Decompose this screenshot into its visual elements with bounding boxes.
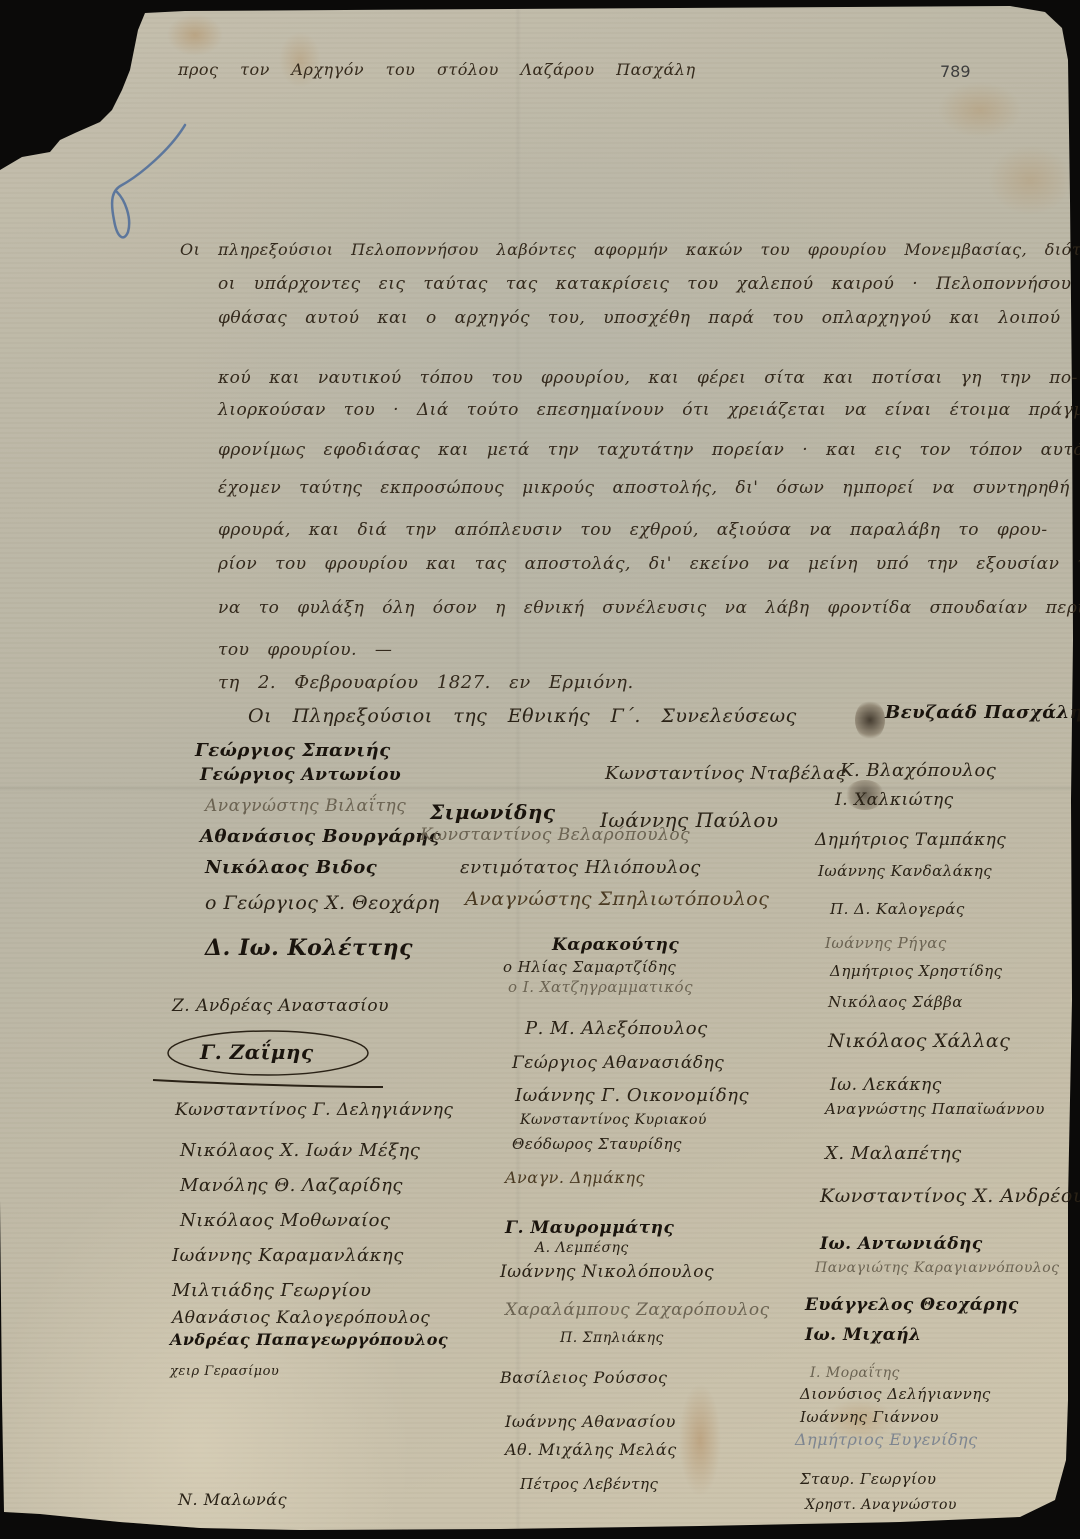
signature: Ανδρέας Παπαγεωργόπουλος [170,1330,448,1349]
signature-bottom-left: Ν. Μαλωνάς [178,1490,287,1509]
page-number: 789 [940,62,971,81]
signature: Γεώργιος Αθανασιάδης [512,1053,724,1073]
signature: Κ. Βλαχόπουλος [840,760,996,781]
signatories-heading: Οι Πληρεξούσιοι της Εθνικής Γ΄. Συνελεύσ… [248,705,797,727]
signature: Κωνσταντίνος Γ. Δεληγιάννης [175,1100,453,1120]
signature: Ιω. Αντωνιάδης [820,1234,983,1254]
body-line-10: να το φυλάξη όλη όσον η εθνική συνέλευσι… [218,598,1080,618]
signature: Θεόδωρος Σταυρίδης [512,1135,682,1153]
signature: Ρ. Μ. Αλεξόπουλος [525,1018,708,1039]
signature: Π. Σπηλιάκης [560,1330,664,1346]
body-line-5: λιορκούσαν του · Διά τούτο επεσημαίνουν … [218,400,1080,420]
signature: Μανόλης Θ. Λαζαρίδης [180,1175,403,1196]
letter-heading: προς τον Αρχηγόν του στόλου Λαζάρου Πασχ… [178,60,696,79]
signature: Νικόλαος Σάββα [828,993,963,1011]
signature: Αναγνώστης Σπηλιωτόπουλος [465,888,769,910]
ink-blot [855,700,885,740]
signature: ο Ηλίας Σαμαρτζίδης [503,958,676,976]
signature: Χαραλάμπους Ζαχαρόπουλος [505,1300,770,1320]
date-line: τη 2. Φεβρουαρίου 1827. εν Ερμιόνη. [218,672,634,693]
signature: Χρηστ. Αναγνώστου [805,1497,957,1513]
signature: Ιωάννης Παύλου [600,808,779,832]
signature: Ιωάννης Κανδαλάκης [818,862,992,880]
signature: ο Ι. Χατζηγραμματικός [508,978,693,996]
signature: Βασίλειος Ρούσσος [500,1368,668,1387]
body-line-6: φρονίμως εφοδιάσας και μετά την ταχυτάτη… [218,440,1080,460]
signature: Παναγιώτης Καραγιαννόπουλος [815,1260,1059,1276]
signature-top-right: Βευζαάδ Πασχάλης [885,702,1080,723]
signature: Ιωάννης Καραμανλάκης [172,1245,404,1266]
body-line-7: έχομεν ταύτης εκπροσώπους μικρούς αποστο… [218,478,1080,498]
signature: Νικόλαος Χάλλας [828,1030,1010,1052]
signature: Ευάγγελος Θεοχάρης [805,1295,1019,1315]
signature: Αναγνώστης Βιλαΐτης [205,796,406,816]
signature: Γ. Μαυρομμάτης [505,1218,674,1238]
signature: εντιμότατος Ηλιόπουλος [460,857,701,878]
blue-pencil-mark-icon [100,120,190,250]
signature: Αθανάσιος Βουργάρης [200,826,440,847]
signature: Καρακούτης [552,935,679,955]
signature: Δημήτριος Χρηστίδης [830,962,1003,980]
signature: Ιωάννης Ρήγας [825,934,947,952]
signature: Κωνσταντίνος Χ. Ανδρέου [820,1185,1080,1207]
signature: Δημήτριος Ευγενίδης [795,1430,978,1449]
signature: Γ. Ζαΐμης [200,1040,314,1064]
signature: χειρ Γερασίμου [170,1364,279,1379]
signature: Κωνσταντίνος Νταβέλας [605,763,846,784]
body-line-1: Οι πληρεξούσιοι Πελοποννήσου λαβόντες αφ… [180,240,1080,259]
signature: Ιωάννης Γ. Οικονομίδης [515,1085,749,1106]
signature: Ιωάννης Γιάννου [800,1408,939,1426]
body-line-4: κού και ναυτικού τόπου του φρουρίου, και… [218,368,1078,388]
signature: Σιμωνίδης [430,800,556,824]
signature: Δημήτριος Ταμπάκης [815,830,1006,850]
body-line-3: φθάσας αυτού και ο αρχηγός του, υποσχέθη… [218,308,1080,328]
signature: Σταυρ. Γεωργίου [800,1470,937,1488]
signature: Ζ. Ανδρέας Αναστασίου [172,996,389,1016]
signature: Χ. Μαλαπέτης [825,1143,962,1164]
body-line-8: φρουρά, και διά την απόπλευσιν του εχθρο… [218,520,1048,540]
signature: Ι. Μοραΐτης [810,1365,900,1381]
signature: Γεώργιος Σπανιής [195,740,391,761]
signature: Ιωάννης Νικολόπουλος [500,1262,714,1282]
signature: Π. Δ. Καλογεράς [830,900,965,918]
signature: Νικόλαος Βιδος [205,857,377,878]
signature: Αναγνώστης Παπαϊωάννου [825,1100,1045,1118]
signature: Α. Λεμπέσης [535,1240,629,1256]
signature: Ιωάννης Αθανασίου [505,1412,676,1431]
signature: Νικόλαος Μοθωναίος [180,1210,391,1231]
signature: Νικόλαος Χ. Ιωάν Μέξης [180,1140,420,1161]
signature: Δ. Ιω. Κολέττης [205,935,413,961]
signature: Διονύσιος Δελήγιαννης [800,1385,991,1403]
body-line-2: οι υπάρχοντες εις ταύτας τας κατακρίσεις… [218,274,1080,294]
signature: Ιω. Μιχαήλ [805,1325,922,1345]
signature: Αθανάσιος Καλογερόπουλος [172,1308,430,1328]
signature: Ιω. Λεκάκης [830,1075,942,1095]
signature: Αναγν. Δημάκης [505,1168,645,1187]
body-line-11: του φρουρίου. — [218,640,392,660]
body-line-9: ρίον του φρουρίου και τας αποστολάς, δι'… [218,554,1080,574]
signature: Αθ. Μιχάλης Μελάς [505,1440,677,1459]
signature: ο Γεώργιος Χ. Θεοχάρη [205,892,440,914]
signature: Ι. Χαλκιώτης [835,790,954,810]
signature: Κωνσταντίνος Κυριακού [520,1112,707,1128]
signature: Μιλτιάδης Γεωργίου [172,1280,372,1301]
signature: Γεώργιος Αντωνίου [200,765,401,785]
signature: Πέτρος Λεβέντης [520,1475,658,1493]
